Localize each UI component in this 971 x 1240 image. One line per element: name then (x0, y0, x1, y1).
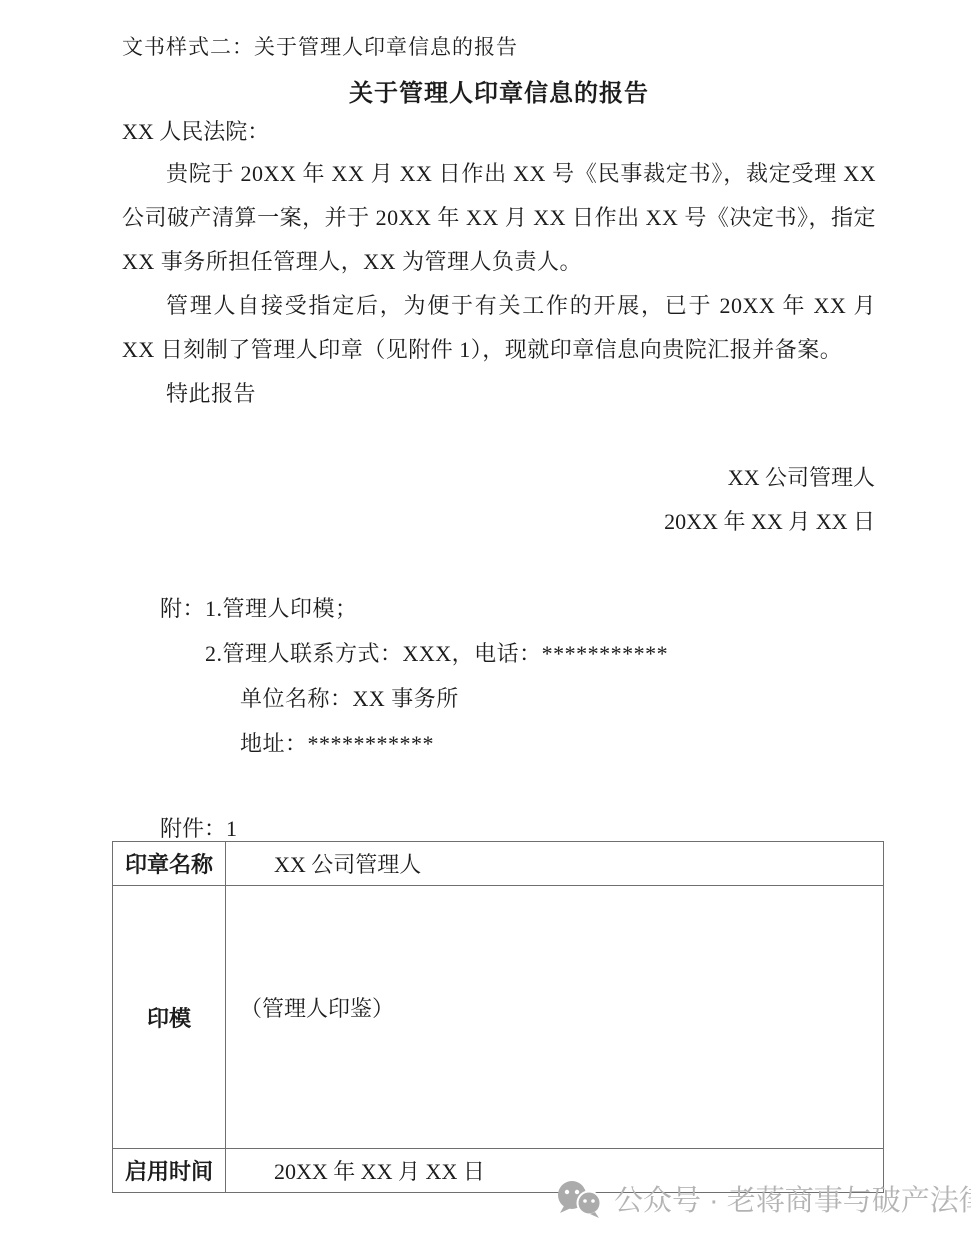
wechat-icon (556, 1179, 604, 1219)
document-style-label: 文书样式二：关于管理人印章信息的报告 (122, 31, 518, 61)
table-row-seal-name: 印章名称 XX 公司管理人 (113, 842, 884, 886)
attachment-line-1: 附：1.管理人印模； (160, 586, 668, 631)
page-title: 关于管理人印章信息的报告 (122, 73, 876, 108)
table-row-seal-impression: 印模 （管理人印鉴） (113, 886, 884, 1149)
signature-block: XX 公司管理人 20XX 年 XX 月 XX 日 (664, 456, 875, 544)
attachment-line-2: 2.管理人联系方式：XXX，电话：*********** (205, 631, 668, 676)
attachment-line-4: 地址：*********** (240, 721, 668, 766)
closing-line: 特此报告 (122, 372, 876, 416)
attachment-line-3: 单位名称：XX 事务所 (240, 676, 668, 721)
seal-info-table: 印章名称 XX 公司管理人 印模 （管理人印鉴） 启用时间 20XX 年 XX … (112, 841, 884, 1193)
document-body: 贵院于 20XX 年 XX 月 XX 日作出 XX 号《民事裁定书》，裁定受理 … (122, 152, 876, 416)
signer-name: XX 公司管理人 (664, 456, 875, 500)
salutation-line: XX 人民法院： (122, 115, 269, 146)
annex-label: 附件：1 (160, 812, 237, 843)
seal-impression-label: 印模 (113, 886, 226, 1149)
signature-date: 20XX 年 XX 月 XX 日 (664, 500, 875, 544)
seal-impression-value: （管理人印鉴） (226, 886, 884, 1149)
seal-name-label: 印章名称 (113, 842, 226, 886)
document-page: 文书样式二：关于管理人印章信息的报告 关于管理人印章信息的报告 XX 人民法院：… (0, 0, 971, 1240)
watermark-text: 公众号 · 老蒋商事与破产法律 (614, 1178, 971, 1219)
watermark: 公众号 · 老蒋商事与破产法律 (556, 1178, 971, 1219)
attachment-list: 附：1.管理人印模； 2.管理人联系方式：XXX，电话：*********** … (160, 586, 668, 766)
paragraph-2: 管理人自接受指定后，为便于有关工作的开展，已于 20XX 年 XX 月 XX 日… (122, 284, 876, 372)
paragraph-1: 贵院于 20XX 年 XX 月 XX 日作出 XX 号《民事裁定书》，裁定受理 … (122, 152, 876, 284)
seal-name-value: XX 公司管理人 (226, 842, 884, 886)
activation-date-label: 启用时间 (113, 1149, 226, 1193)
